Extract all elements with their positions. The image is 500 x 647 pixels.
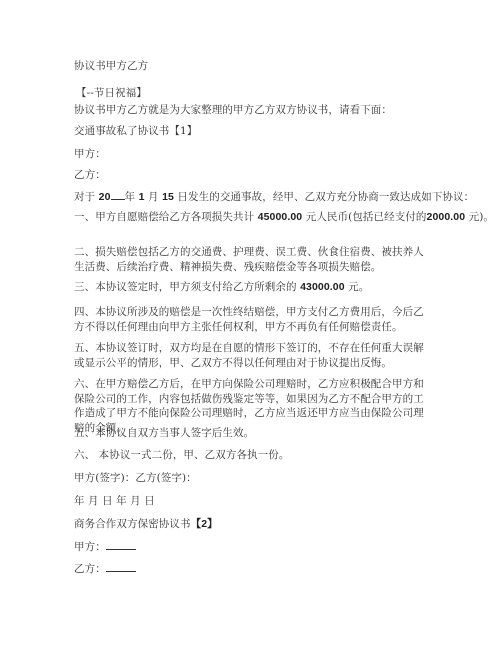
document-title: 协议书甲方乙方: [74, 59, 148, 73]
party-b-blank: [106, 561, 136, 572]
party-b-label: 乙方：: [74, 168, 106, 182]
total-amount: 45000.00: [258, 211, 303, 223]
section2-heading: 商务合作双方保密协议书【2】: [74, 517, 218, 531]
clause-8: 六、 本协议一式二份，甲、乙双方各执一份。: [74, 448, 289, 462]
year-value: 20: [99, 191, 111, 203]
clause-1: 一、甲方自愿赔偿给乙方各项损失共计 45000.00 元人民币(包括已经支付的2…: [74, 210, 494, 224]
party-a-label: 甲方：: [74, 147, 106, 161]
section2-party-b: 乙方：: [74, 561, 136, 576]
preamble: 对于 20年 1 月 15 日发生的交通事故，经甲、乙双方充分协商一致达成如下协…: [74, 189, 474, 204]
remaining-amount: 43000.00: [300, 281, 345, 293]
paid-amount: 2000.00: [427, 211, 466, 223]
clause-2: 二、损失赔偿包括乙方的交通费、护理费、误工费、伙食住宿费、被扶养人生活费、后续治…: [74, 245, 426, 274]
day-value: 15: [162, 191, 174, 203]
month-value: 1: [139, 191, 145, 203]
section1-heading: 交通事故私了协议书【1】: [74, 124, 197, 138]
clause-4: 四、本协议所涉及的赔偿是一次性终结赔偿，甲方支付乙方费用后，今后乙方不得以任何理…: [74, 305, 426, 334]
clause-3: 三、本协议签定时，甲方须支付给乙方所剩余的 43000.00 元。: [74, 280, 369, 294]
clause-7: 五、本协议自双方当事人签字后生效。: [74, 426, 254, 440]
party-a-blank: [106, 539, 136, 550]
section2-party-a: 甲方：: [74, 539, 136, 554]
date-line: 年 月 日 年 月 日: [74, 494, 155, 508]
category-tag: 【--节日祝福】: [76, 86, 147, 100]
signature-line: 甲方(签字)：乙方(签字)：: [74, 471, 197, 485]
intro-text: 协议书甲方乙方就是为大家整理的甲方乙方双方协议书，请看下面：: [74, 103, 392, 117]
year-blank: [111, 189, 125, 200]
clause-5: 五、本协议签订时，双方均是在自愿的情形下签订的，不存在任何重大误解或显示公平的情…: [74, 341, 426, 370]
